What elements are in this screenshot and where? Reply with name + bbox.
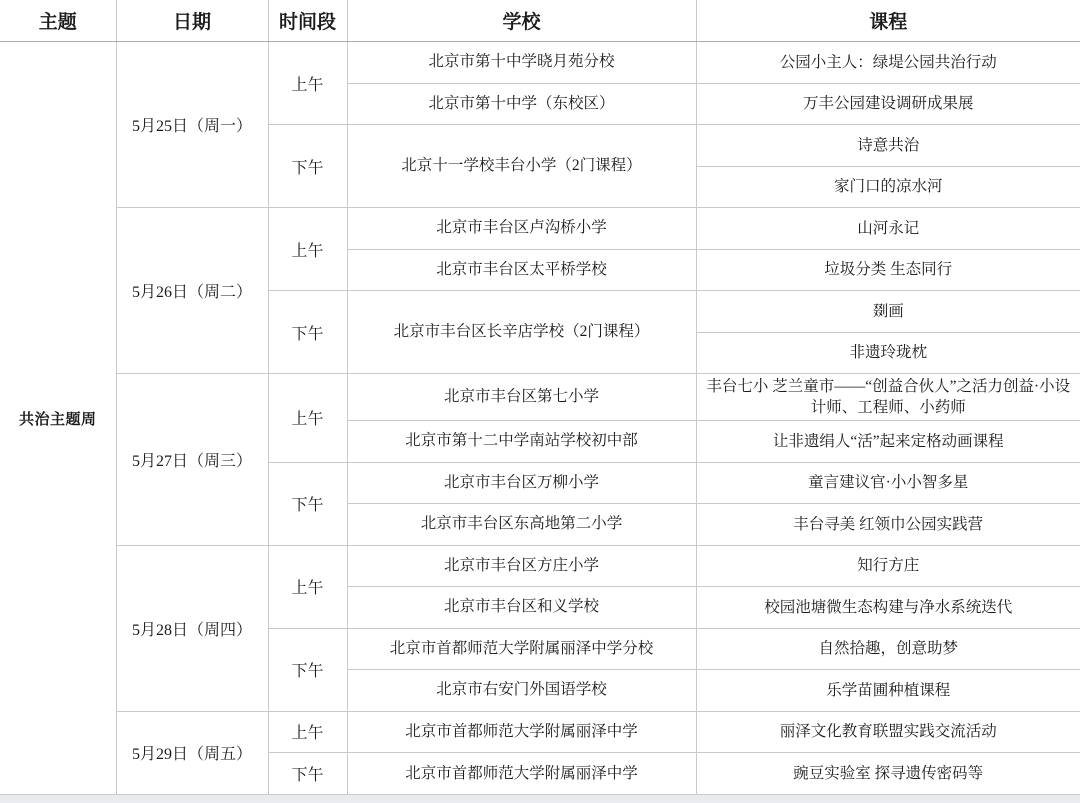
col-header-date: 日期: [116, 0, 268, 42]
time-cell: 下午: [268, 628, 347, 711]
school-cell: 北京市丰台区方庄小学: [347, 545, 696, 587]
col-header-time: 时间段: [268, 0, 347, 42]
col-header-course: 课程: [696, 0, 1080, 42]
school-cell: 北京市丰台区东高地第二小学: [347, 504, 696, 546]
school-cell: 北京市丰台区和义学校: [347, 587, 696, 629]
school-cell: 北京十一学校丰台小学（2门课程）: [347, 125, 696, 208]
school-cell: 北京市丰台区万柳小学: [347, 462, 696, 504]
course-cell: 非遗玲珑枕: [696, 332, 1080, 374]
course-cell: 丰台寻美 红领巾公园实践营: [696, 504, 1080, 546]
table-row: 共治主题周 5月25日（周一） 上午 北京市第十中学晓月苑分校 公园小主人：绿堤…: [0, 42, 1080, 84]
school-cell: 北京市右安门外国语学校: [347, 670, 696, 712]
date-cell: 5月28日（周四）: [116, 545, 268, 711]
time-cell: 上午: [268, 42, 347, 125]
table-row: 5月27日（周三） 上午 北京市丰台区第七小学 丰台七小 芝兰童市——“创益合伙…: [0, 374, 1080, 421]
time-cell: 下午: [268, 753, 347, 795]
schedule-table: 主题 日期 时间段 学校 课程 共治主题周 5月25日（周一） 上午 北京市第十…: [0, 0, 1080, 794]
table-row: 5月26日（周二） 上午 北京市丰台区卢沟桥小学 山河永记: [0, 208, 1080, 250]
time-cell: 上午: [268, 208, 347, 291]
time-cell: 上午: [268, 374, 347, 463]
course-cell: 校园池塘微生态构建与净水系统迭代: [696, 587, 1080, 629]
page: 主题 日期 时间段 学校 课程 共治主题周 5月25日（周一） 上午 北京市第十…: [0, 0, 1080, 803]
course-cell: 丰台七小 芝兰童市——“创益合伙人”之活力创益·小设计师、工程师、小药师: [696, 374, 1080, 421]
date-cell: 5月25日（周一）: [116, 42, 268, 208]
course-cell: 诗意共治: [696, 125, 1080, 167]
course-cell: 垃圾分类 生态同行: [696, 249, 1080, 291]
school-cell: 北京市丰台区太平桥学校: [347, 249, 696, 291]
course-cell: 乐学苗圃种植课程: [696, 670, 1080, 712]
course-cell: 丽泽文化教育联盟实践交流活动: [696, 711, 1080, 753]
course-cell: 知行方庄: [696, 545, 1080, 587]
col-header-theme: 主题: [0, 0, 116, 42]
school-cell: 北京市第十二中学南站学校初中部: [347, 421, 696, 463]
course-cell: 自然拾趣，创意助梦: [696, 628, 1080, 670]
date-cell: 5月27日（周三）: [116, 374, 268, 546]
table-row: 5月29日（周五） 上午 北京市首都师范大学附属丽泽中学 丽泽文化教育联盟实践交…: [0, 711, 1080, 753]
time-cell: 下午: [268, 125, 347, 208]
table-header: 主题 日期 时间段 学校 课程: [0, 0, 1080, 42]
course-cell: 公园小主人：绿堤公园共治行动: [696, 42, 1080, 84]
course-cell: 山河永记: [696, 208, 1080, 250]
school-cell: 北京市丰台区第七小学: [347, 374, 696, 421]
bottom-margin-strip: [0, 794, 1080, 803]
table-row: 5月28日（周四） 上午 北京市丰台区方庄小学 知行方庄: [0, 545, 1080, 587]
course-cell: 剟画: [696, 291, 1080, 333]
school-cell: 北京市首都师范大学附属丽泽中学: [347, 711, 696, 753]
date-cell: 5月29日（周五）: [116, 711, 268, 794]
time-cell: 上午: [268, 545, 347, 628]
course-cell: 让非遗绢人“活”起来定格动画课程: [696, 421, 1080, 463]
course-cell: 家门口的凉水河: [696, 166, 1080, 208]
school-cell: 北京市丰台区长辛店学校（2门课程）: [347, 291, 696, 374]
time-cell: 下午: [268, 291, 347, 374]
col-header-school: 学校: [347, 0, 696, 42]
time-cell: 下午: [268, 462, 347, 545]
time-cell: 上午: [268, 711, 347, 753]
school-cell: 北京市首都师范大学附属丽泽中学分校: [347, 628, 696, 670]
course-cell: 万丰公园建设调研成果展: [696, 83, 1080, 125]
school-cell: 北京市丰台区卢沟桥小学: [347, 208, 696, 250]
school-cell: 北京市第十中学（东校区）: [347, 83, 696, 125]
course-cell: 童言建议官·小小智多星: [696, 462, 1080, 504]
school-cell: 北京市第十中学晓月苑分校: [347, 42, 696, 84]
school-cell: 北京市首都师范大学附属丽泽中学: [347, 753, 696, 795]
date-cell: 5月26日（周二）: [116, 208, 268, 374]
course-cell: 豌豆实验室 探寻遗传密码等: [696, 753, 1080, 795]
theme-cell: 共治主题周: [0, 42, 116, 795]
